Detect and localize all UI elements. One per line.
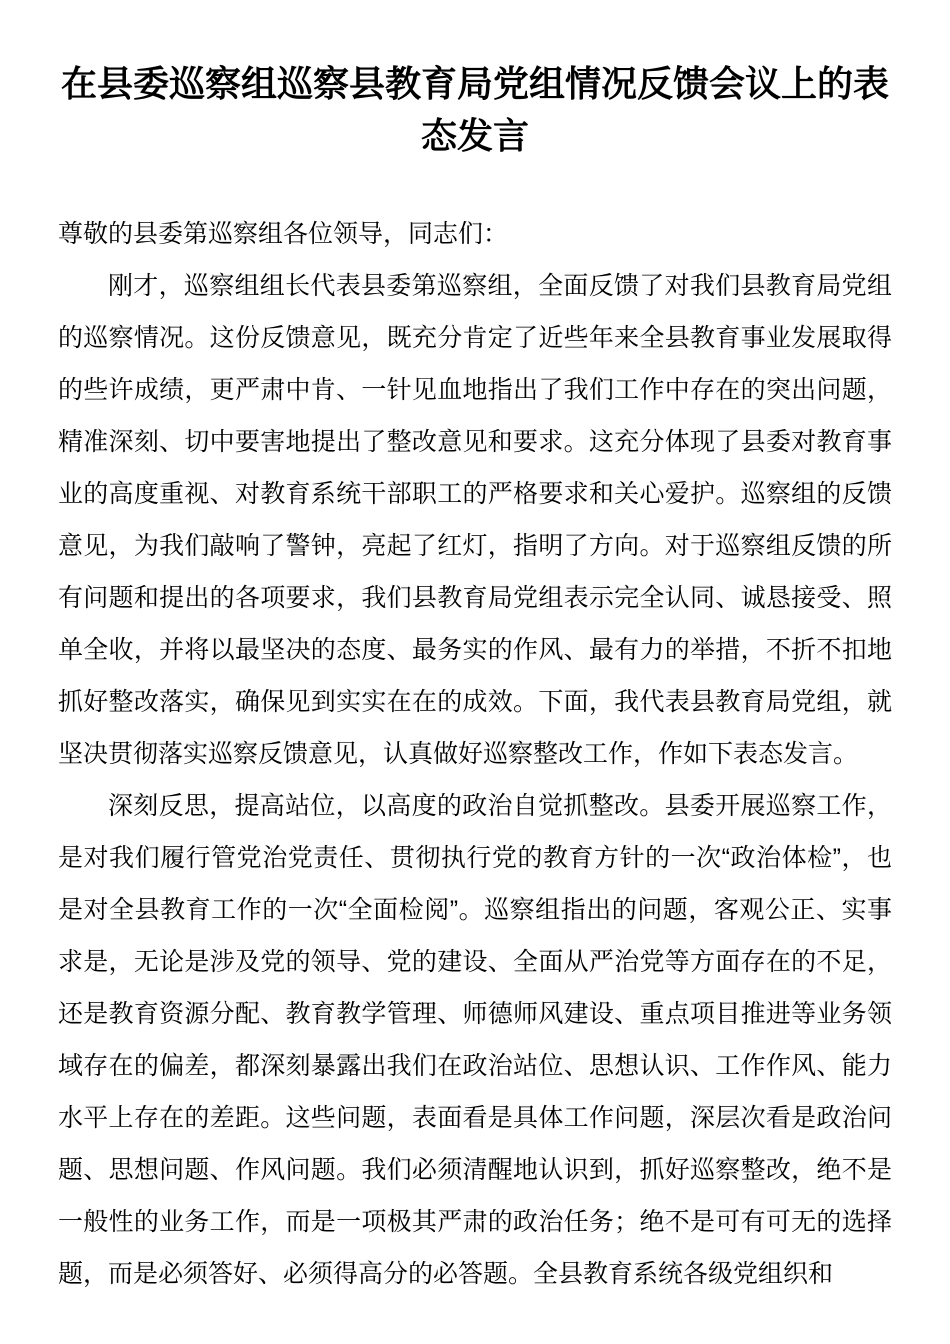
document-body: 尊敬的县委第巡察组各位领导，同志们： 刚才，巡察组组长代表县委第巡察组，全面反馈…	[58, 208, 892, 1300]
salutation-line: 尊敬的县委第巡察组各位领导，同志们：	[58, 208, 892, 260]
paragraph-2: 深刻反思，提高站位，以高度的政治自觉抓整改。县委开展巡察工作，是对我们履行管党治…	[58, 780, 892, 1300]
document-page: 在县委巡察组巡察县教育局党组情况反馈会议上的表态发言 尊敬的县委第巡察组各位领导…	[0, 0, 950, 1344]
document-title: 在县委巡察组巡察县教育局党组情况反馈会议上的表态发言	[58, 58, 892, 162]
paragraph-1: 刚才，巡察组组长代表县委第巡察组，全面反馈了对我们县教育局党组的巡察情况。这份反…	[58, 260, 892, 780]
